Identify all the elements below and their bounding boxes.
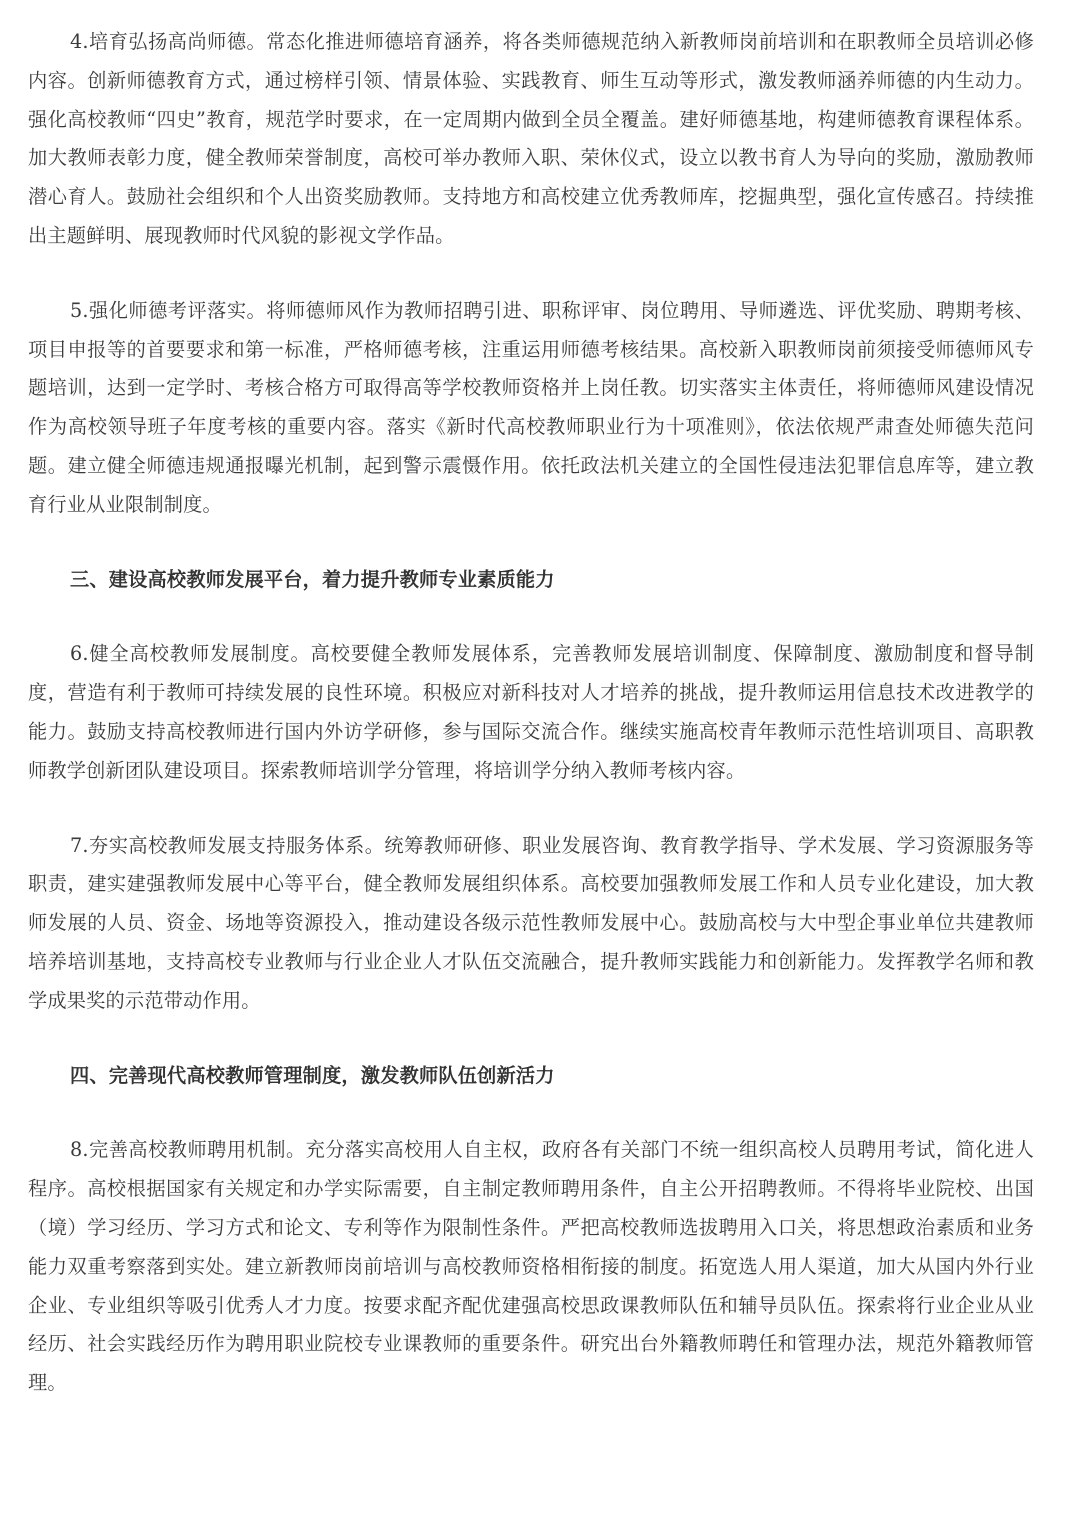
paragraph-7-support-services: 7.夯实高校教师发展支持服务体系。统筹教师研修、职业发展咨询、教育教学指导、学术… [28, 827, 1034, 1021]
paragraph-5-ethics-evaluation: 5.强化师德考评落实。将师德师风作为教师招聘引进、职称评审、岗位聘用、导师遴选、… [28, 292, 1034, 525]
document-body: 4.培育弘扬高尚师德。常态化推进师德培育涵养，将各类师德规范纳入新教师岗前培训和… [28, 23, 1034, 1439]
section-heading-4: 四、完善现代高校教师管理制度，激发教师队伍创新活力 [28, 1057, 1034, 1096]
paragraph-8-hiring-mechanism: 8.完善高校教师聘用机制。充分落实高校用人自主权，政府各有关部门不统一组织高校人… [28, 1131, 1034, 1403]
paragraph-6-development-system: 6.健全高校教师发展制度。高校要健全教师发展体系，完善教师发展培训制度、保障制度… [28, 635, 1034, 790]
section-heading-3: 三、建设高校教师发展平台，着力提升教师专业素质能力 [28, 561, 1034, 600]
paragraph-4-cultivate-teacher-ethics: 4.培育弘扬高尚师德。常态化推进师德培育涵养，将各类师德规范纳入新教师岗前培训和… [28, 23, 1034, 256]
